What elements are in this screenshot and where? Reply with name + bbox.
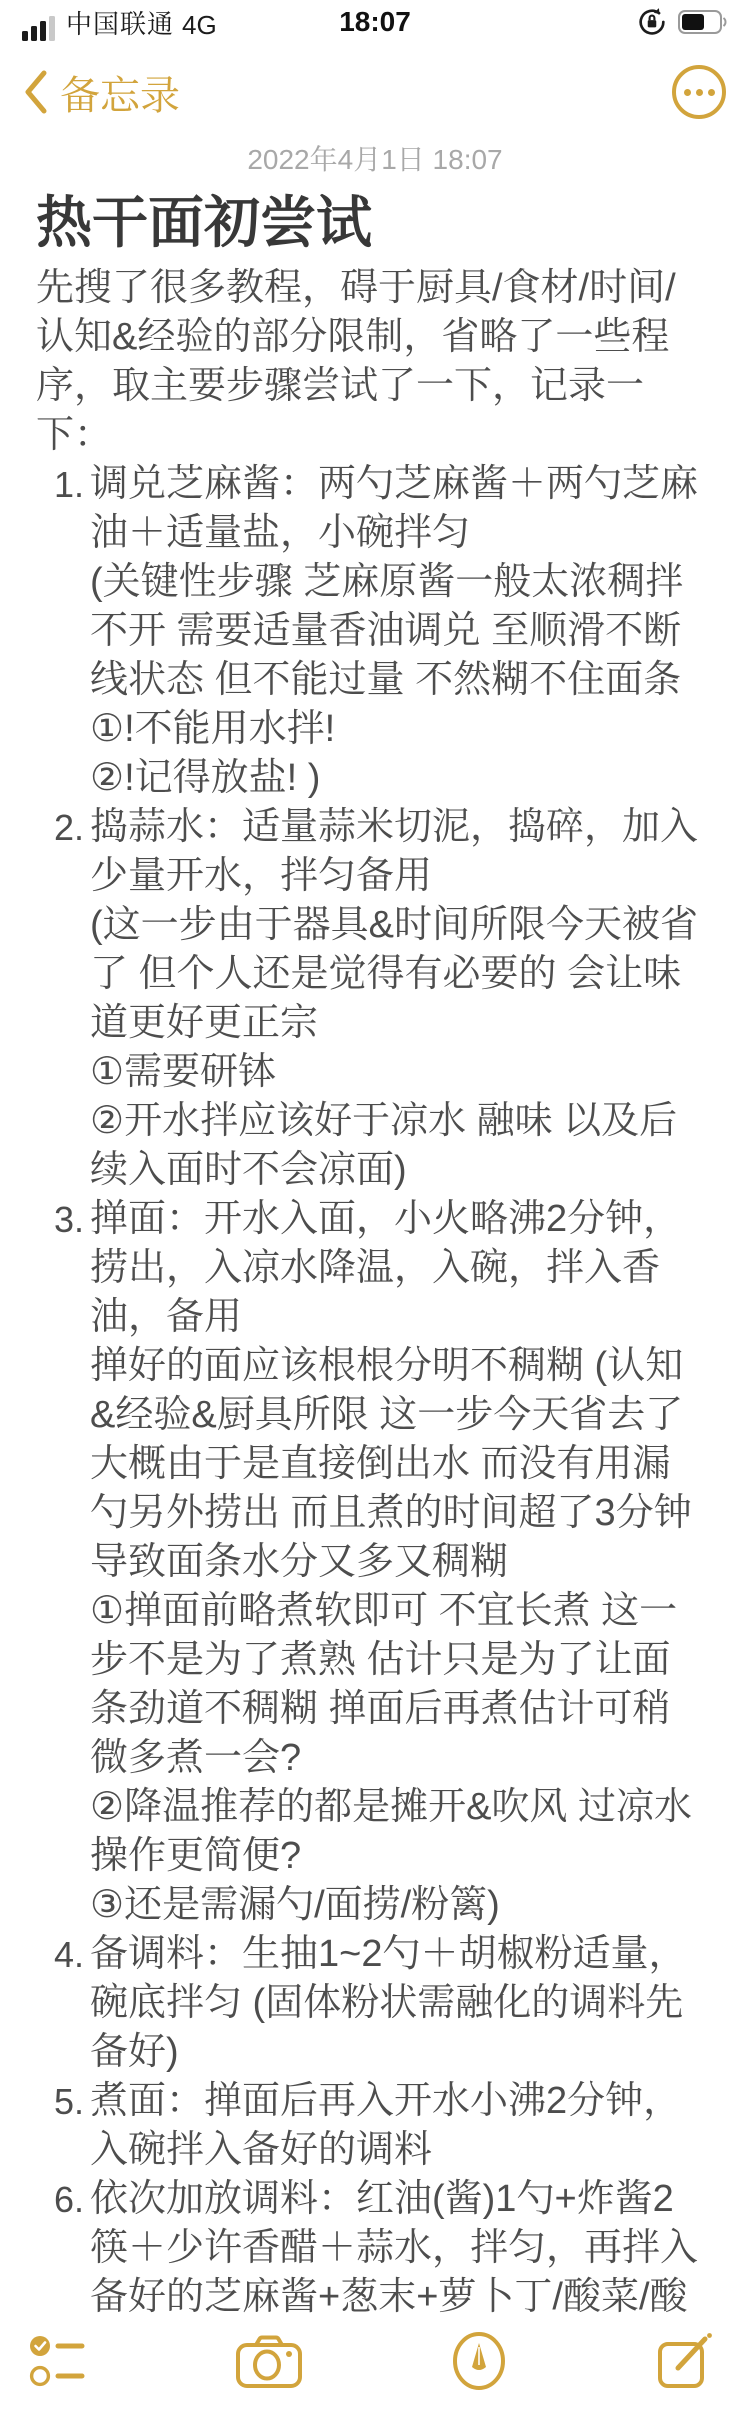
note-intro[interactable]: 先搜了很多教程，碍于厨具/食材/时间/认知&经验的部分限制，省略了一些程序，取主… bbox=[36, 264, 702, 460]
list-item-body: 备调料：生抽1~2勺＋胡椒粉适量，碗底拌匀 (固体粉状需融化的调料先备好) bbox=[90, 1930, 702, 2077]
list-item-text: 调兑芝麻酱：两勺芝麻酱＋两勺芝麻油＋适量盐，小碗拌匀 bbox=[90, 460, 702, 558]
list-item[interactable]: 1. 调兑芝麻酱：两勺芝麻酱＋两勺芝麻油＋适量盐，小碗拌匀 (关键性步骤 芝麻原… bbox=[36, 460, 702, 803]
note-date: 2022年4月1日 18:07 bbox=[0, 142, 750, 178]
list-item-note: ②开水拌应该好于凉水 融味 以及后续入面时不会凉面) bbox=[90, 1097, 702, 1195]
ellipsis-dot bbox=[696, 89, 703, 96]
list-item-number: 1. bbox=[54, 460, 90, 803]
list-item-note: ①需要研钵 bbox=[90, 1048, 702, 1097]
status-right bbox=[636, 6, 728, 38]
list-item-text: 备调料：生抽1~2勺＋胡椒粉适量，碗底拌匀 (固体粉状需融化的调料先备好) bbox=[90, 1930, 702, 2077]
status-bar: 中国联通 4G 18:07 bbox=[0, 0, 750, 44]
list-item-text: 捣蒜水：适量蒜米切泥，捣碎，加入少量开水，拌匀备用 bbox=[90, 803, 702, 901]
nav-bar: 备忘录 bbox=[0, 44, 750, 140]
camera-button[interactable] bbox=[236, 2334, 302, 2388]
list-item-number: 4. bbox=[54, 1930, 90, 2077]
list-item-note: ①掸面前略煮软即可 不宜长煮 这一步不是为了煮熟 估计只是为了让面条劲道不稠糊 … bbox=[90, 1587, 702, 1783]
compose-button[interactable] bbox=[656, 2332, 714, 2390]
list-item-note: ②降温推荐的都是摊开&吹风 过凉水操作更简便? bbox=[90, 1783, 702, 1881]
back-label: 备忘录 bbox=[60, 64, 180, 121]
list-item-body: 捣蒜水：适量蒜米切泥，捣碎，加入少量开水，拌匀备用 (这一步由于器具&时间所限今… bbox=[90, 803, 702, 1195]
list-item-number: 5. bbox=[54, 2077, 90, 2175]
markup-icon bbox=[450, 2331, 508, 2391]
list-item-body: 掸面：开水入面，小火略沸2分钟，捞出，入凉水降温，入碗，拌入香油，备用 掸好的面… bbox=[90, 1195, 702, 1930]
checklist-button[interactable] bbox=[28, 2333, 88, 2389]
list-item-note: 掸好的面应该根根分明不稠糊 (认知&经验&厨具所限 这一步今天省去了 大概由于是… bbox=[90, 1342, 702, 1587]
list-item-body: 调兑芝麻酱：两勺芝麻酱＋两勺芝麻油＋适量盐，小碗拌匀 (关键性步骤 芝麻原酱一般… bbox=[90, 460, 702, 803]
battery-icon bbox=[678, 9, 728, 35]
list-item[interactable]: 4. 备调料：生抽1~2勺＋胡椒粉适量，碗底拌匀 (固体粉状需融化的调料先备好) bbox=[36, 1930, 702, 2077]
checklist-icon bbox=[28, 2333, 88, 2389]
note-title[interactable]: 热干面初尝试 bbox=[36, 190, 714, 256]
list-item[interactable]: 2. 捣蒜水：适量蒜米切泥，捣碎，加入少量开水，拌匀备用 (这一步由于器具&时间… bbox=[36, 803, 702, 1195]
rotation-lock-icon bbox=[636, 6, 668, 38]
list-item-number: 2. bbox=[54, 803, 90, 1195]
ellipsis-dot bbox=[708, 89, 715, 96]
ellipsis-dot bbox=[684, 89, 691, 96]
markup-button[interactable] bbox=[450, 2331, 508, 2391]
compose-icon bbox=[656, 2332, 714, 2390]
list-item-text: 煮面：掸面后再入开水小沸2分钟，入碗拌入备好的调料 bbox=[90, 2077, 702, 2175]
list-item-body: 煮面：掸面后再入开水小沸2分钟，入碗拌入备好的调料 bbox=[90, 2077, 702, 2175]
list-item-note: ②!记得放盐! ) bbox=[90, 754, 702, 803]
back-button[interactable]: 备忘录 bbox=[24, 64, 180, 121]
list-item[interactable]: 5. 煮面：掸面后再入开水小沸2分钟，入碗拌入备好的调料 bbox=[36, 2077, 702, 2175]
more-options-button[interactable] bbox=[672, 65, 726, 119]
bottom-toolbar bbox=[0, 2318, 750, 2414]
list-item-note: ①!不能用水拌! bbox=[90, 705, 702, 754]
list-item-number: 3. bbox=[54, 1195, 90, 1930]
numbered-list: 1. 调兑芝麻酱：两勺芝麻酱＋两勺芝麻油＋适量盐，小碗拌匀 (关键性步骤 芝麻原… bbox=[36, 460, 702, 2371]
chevron-back-icon bbox=[24, 69, 48, 115]
list-item-text: 掸面：开水入面，小火略沸2分钟，捞出，入凉水降温，入碗，拌入香油，备用 bbox=[90, 1195, 702, 1342]
list-item-note: (关键性步骤 芝麻原酱一般太浓稠拌不开 需要适量香油调兑 至顺滑不断线状态 但不… bbox=[90, 558, 702, 705]
list-item-note: (这一步由于器具&时间所限今天被省了 但个人还是觉得有必要的 会让味道更好更正宗 bbox=[90, 901, 702, 1048]
camera-icon bbox=[236, 2334, 302, 2388]
list-item[interactable]: 3. 掸面：开水入面，小火略沸2分钟，捞出，入凉水降温，入碗，拌入香油，备用 掸… bbox=[36, 1195, 702, 1930]
list-item-note: ③还是需漏勺/面捞/粉篱) bbox=[90, 1881, 702, 1930]
